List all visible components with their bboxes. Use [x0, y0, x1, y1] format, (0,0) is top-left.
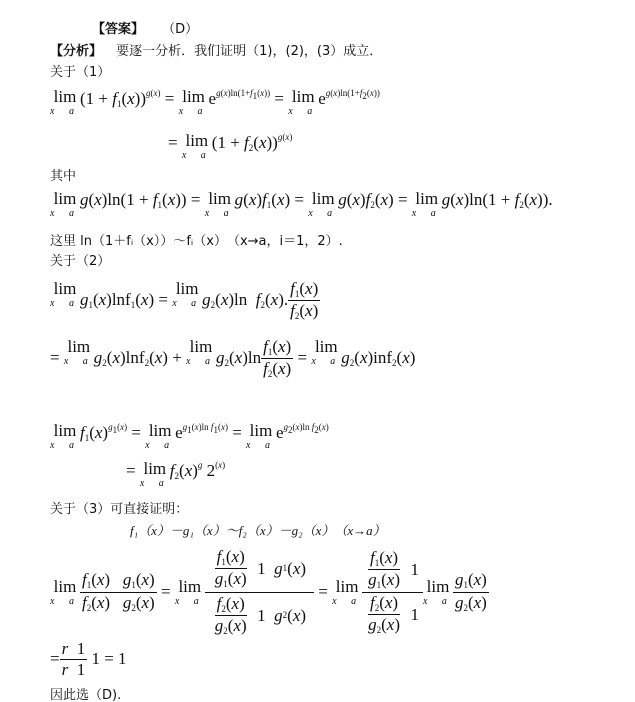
part2-equation-2: = limx ag2(x)lnf2(x) + limx ag2(x)lnf1(x… [50, 338, 415, 380]
part2-equation-3: limx af1(x)g1(x) = limx aeg1(x)ln f1(x) … [50, 422, 329, 451]
part2-equation-4: = limx af2(x)g 2(x) [126, 460, 225, 489]
answer-value: （D） [162, 22, 198, 37]
limit-operator: limx a [288, 88, 318, 117]
answer-line: 【答案】 （D） [92, 18, 198, 37]
answer-label: 【答案】 [92, 22, 144, 37]
part3-heading: 关于（3）可直接证明： [50, 498, 188, 517]
part3-equation-1: limx a f1(x) g1(x)f2(x) g2(x) = limx a f… [50, 548, 489, 637]
part2-equation-1: limx ag1(x)lnf1(x) = limx ag2(x)ln f2(x)… [50, 280, 320, 322]
analysis-line: 【分析】 要逐一分析．我们证明（1)，(2)，(3）成立． [50, 40, 382, 59]
part1-heading: 关于（1） [50, 61, 110, 80]
equivalence-note: 这里 ln（1＋fᵢ（x））～fᵢ（x） （x→a，i＝1，2）. [50, 230, 343, 249]
limit-operator: limx a [182, 132, 212, 161]
part1-equation-2: = limx a(1 + f2(x))g(x) [168, 132, 292, 161]
part3-equivalence: f₁（x）－g₁（x）～f₂（x）－g₂（x） （x→a） [130, 520, 386, 539]
where-label: 其中 [50, 165, 76, 184]
part1-equation-3: limx ag(x)ln(1 + f1(x)) = limx ag(x)f1(x… [50, 190, 553, 219]
limit-operator: limx a [179, 88, 209, 117]
analysis-text: 要逐一分析．我们证明（1)，(2)，(3）成立． [116, 44, 382, 59]
part2-heading: 关于（2） [50, 250, 110, 269]
part3-equation-2: =r 1r 1 1 = 1 [50, 640, 127, 679]
conclusion: 因此选（D). [50, 684, 121, 702]
limit-operator: limx a [50, 88, 80, 117]
analysis-label: 【分析】 [50, 44, 102, 59]
part1-equation-1: limx a(1 + f1(x))g(x) = limx aeg(x)ln(1+… [50, 88, 380, 117]
